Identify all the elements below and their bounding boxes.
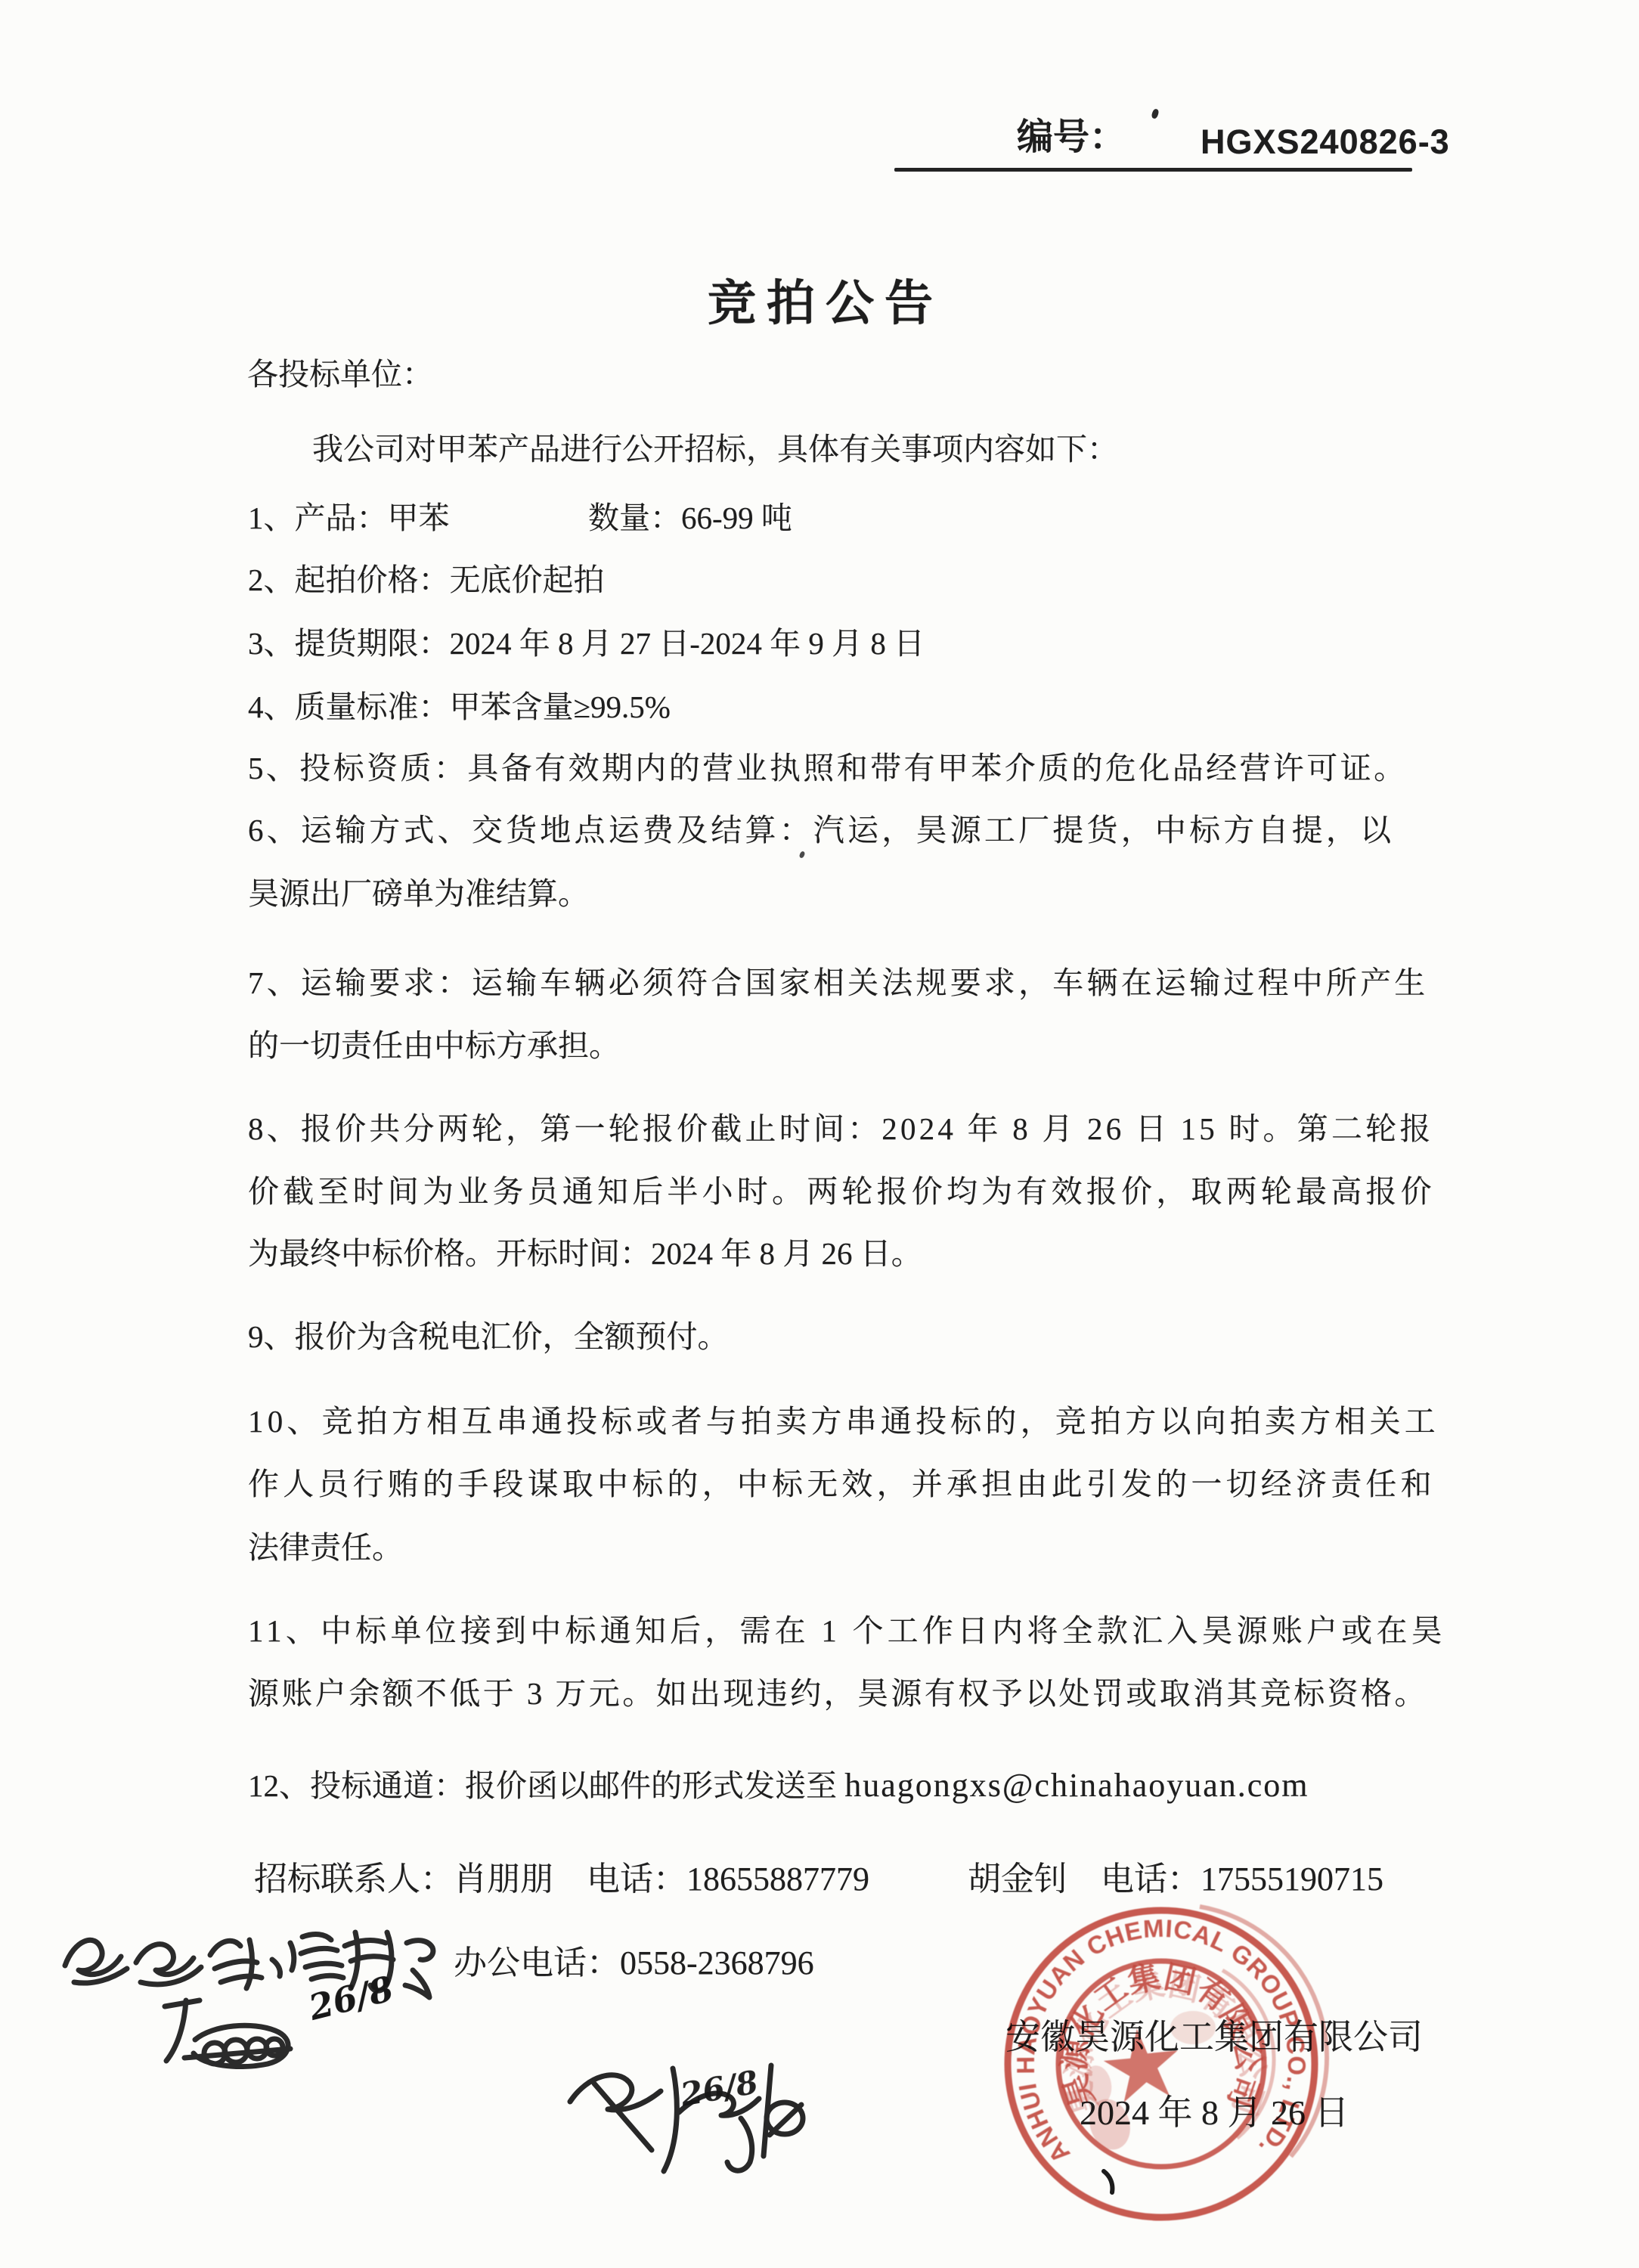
item-12-channel-text: 12、投标通道：报价函以邮件的形式发送至 xyxy=(248,1768,844,1803)
ink-speck xyxy=(798,850,805,859)
item-12-channel: 12、投标通道：报价函以邮件的形式发送至 huagongxs@chinahaoy… xyxy=(248,1768,1309,1804)
item-10-collusion-line1: 10、竞拍方相互串通投标或者与拍卖方串通投标的，竞拍方以向拍卖方相关工 xyxy=(248,1403,1439,1439)
item-8-bidding-line3: 为最终中标价格。开标时间：2024 年 8 月 26 日。 xyxy=(248,1235,922,1272)
item-4-quality-standard: 4、质量标准：甲苯含量≥99.5% xyxy=(248,689,671,725)
ink-speck xyxy=(1151,108,1160,119)
contact-person-2: 胡金钊 电话：17555190715 xyxy=(968,1860,1383,1899)
doc-number-underline xyxy=(894,168,1412,172)
item-2-start-price: 2、起拍价格：无底价起拍 xyxy=(248,562,605,598)
company-seal-stamp: ANHUI HAOYUAN CHEMICAL GROUP CO., LTD. 昊… xyxy=(995,1898,1332,2235)
item-5-qualification: 5、投标资质：具备有效期内的营业执照和带有甲苯介质的危化品经营许可证。 xyxy=(248,750,1408,786)
scanned-auction-notice-document: 编号： HGXS240826-3 竞拍公告 各投标单位： 我公司对甲苯产品进行公… xyxy=(0,0,1639,2268)
seal-star-icon xyxy=(1104,2029,1178,2102)
item-10-collusion-line3: 法律责任。 xyxy=(248,1529,403,1566)
office-phone: 办公电话：0558-2368796 xyxy=(454,1944,814,1983)
item-6-transport-line2: 昊源出厂磅单为准结算。 xyxy=(248,875,589,912)
item-3-pickup-period: 3、提货期限：2024 年 8 月 27 日-2024 年 9 月 8 日 xyxy=(248,625,925,661)
item-11-deposit-line1: 11、中标单位接到中标通知后，需在 1 个工作日内将全款汇入昊源账户或在昊 xyxy=(248,1613,1446,1649)
salutation: 各投标单位： xyxy=(247,356,433,392)
bid-email-address: huagongxs@chinahaoyuan.com xyxy=(844,1767,1309,1804)
item-7-requirement-line1: 7、运输要求：运输车辆必须符合国家相关法规要求，车辆在运输过程中所产生 xyxy=(248,965,1429,1001)
item-7-requirement-line2: 的一切责任由中标方承担。 xyxy=(248,1027,620,1064)
item-1-quantity: 数量：66-99 吨 xyxy=(588,500,792,536)
item-10-collusion-line2: 作人员行贿的手段谋取中标的，中标无效，并承担由此引发的一切经济责任和 xyxy=(248,1466,1436,1502)
item-8-bidding-line1: 8、报价共分两轮，第一轮报价截止时间：2024 年 8 月 26 日 15 时。… xyxy=(248,1111,1434,1147)
doc-number-value: HGXS240826-3 xyxy=(1201,122,1450,162)
item-11-deposit-line2: 源账户余额不低于 3 万元。如出现违约，昊源有权予以处罚或取消其竞标资格。 xyxy=(248,1675,1428,1712)
page-title: 竞拍公告 xyxy=(0,265,1639,334)
item-8-bidding-line2: 价截至时间为业务员通知后半小时。两轮报价均为有效报价，取两轮最高报价 xyxy=(248,1173,1436,1210)
doc-number-label: 编号： xyxy=(1017,118,1126,157)
item-1-product: 1、产品：甲苯 xyxy=(248,500,450,536)
contact-person-1: 招标联系人：肖朋朋 电话：18655887779 xyxy=(254,1860,869,1899)
handwritten-signature xyxy=(550,2043,807,2201)
item-9-payment: 9、报价为含税电汇价，全额预付。 xyxy=(248,1318,729,1355)
item-6-transport-line1: 6、运输方式、交货地点运费及结算：汽运，昊源工厂提货，中标方自提，以 xyxy=(248,812,1394,848)
intro-paragraph: 我公司对甲苯产品进行公开招标，具体有关事项内容如下： xyxy=(312,431,1118,467)
